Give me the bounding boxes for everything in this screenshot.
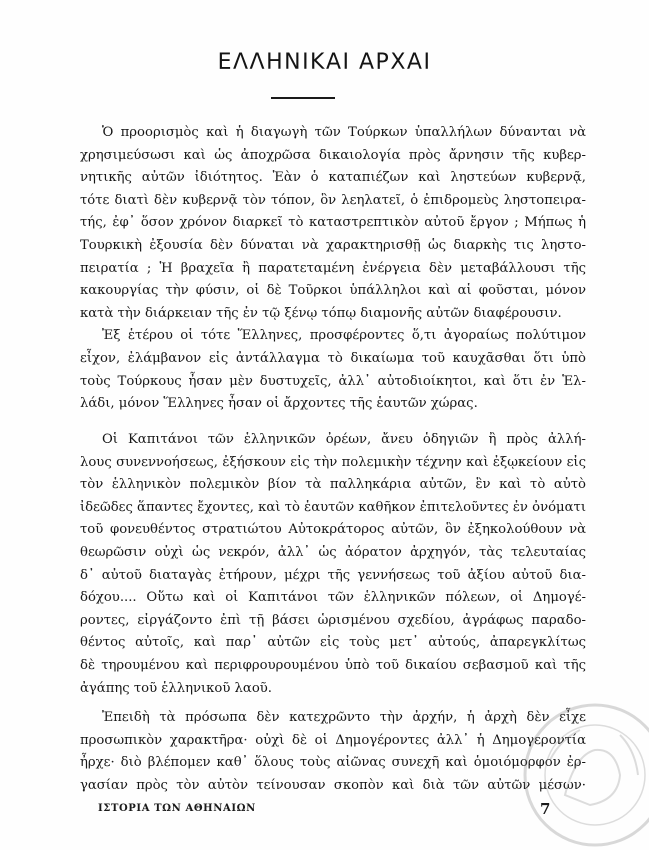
- running-footer-title: ΙΣΤΟΡΙΑ ΤΩΝ ΑΘΗΝΑΙΩΝ: [98, 803, 256, 814]
- text-line: δ᾽ αὐτοῦ διαταγὰς ἐτήρουν, μέχρι τῆς γεν…: [80, 565, 586, 588]
- text-line: λάδι, μόνον Ἕλληνες ἦσαν οἱ ἄρχοντες τῆς…: [80, 393, 586, 416]
- text-line: λους συνεννοήσεως, ἐξήσκουν εἰς τὴν πολε…: [80, 452, 586, 475]
- text-line: δὲ τηρουμένου καὶ περιφρουρουμένου ὑπὸ τ…: [80, 655, 586, 678]
- text-line: Ἐξ ἑτέρου οἱ τότε Ἕλληνες, προσφέροντες …: [80, 325, 586, 348]
- text-line: εἶχον, ἐλάμβανον εἰς ἀντάλλαγμα τὸ δικαί…: [80, 348, 586, 371]
- page-title: ΕΛΛΗΝΙΚΑΙ ΑΡΧΑΙ: [0, 50, 649, 75]
- text-line: Τουρκικὴ ἐξουσία δὲν δύναται νὰ χαρακτηρ…: [80, 235, 586, 258]
- text-line: ἰδεῶδες ἅπαντες ἔχοντες, καὶ τὸ ἑαυτῶν κ…: [80, 497, 586, 520]
- text-line: Ἐπειδὴ τὰ πρόσωπα δὲν κατεχρῶντο τὴν ἀρχ…: [80, 707, 586, 730]
- text-line: τοῦ φονευθέντος στρατιώτου Αὐτοκράτορος …: [80, 519, 586, 542]
- text-line: χρησιμεύσωσι καὶ ὡς ἀποχρῶσα δικαιολογία…: [80, 145, 586, 168]
- text-line: Ὁ προορισμὸς καὶ ἡ διαγωγὴ τῶν Τούρκων ὑ…: [80, 122, 586, 145]
- text-line: τοὺς Τούρκους ἦσαν μὲν δυστυχεῖς, ἀλλ᾽ α…: [80, 371, 586, 394]
- text-line: κατὰ τὴν διάρκειαν τῆς ἐν τῷ ξένῳ τόπῳ δ…: [80, 303, 586, 326]
- text-line: δόχου.... Οὕτω καὶ οἱ Καπιτάνοι τῶν ἑλλη…: [80, 587, 586, 610]
- text-line: προσωπικὸν χαρακτῆρα· οὐχὶ δὲ οἱ Δημογέρ…: [80, 730, 586, 753]
- text-line: ἀγάπης τοῦ ἑλληνικοῦ λαοῦ.: [80, 678, 586, 701]
- text-line: ἦρχε· διὸ βλέπομεν καθ᾽ ὅλους τοὺς αἰῶνα…: [80, 752, 586, 775]
- text-line: Οἱ Καπιτάνοι τῶν ἑλληνικῶν ὀρέων, ἄνευ ὁ…: [80, 429, 586, 452]
- text-line: τὸν ἑλληνικὸν πολεμικὸν βίον τὰ παλληκάρ…: [80, 474, 586, 497]
- paragraph-3: Ἐπειδὴ τὰ πρόσωπα δὲν κατεχρῶντο τὴν ἀρχ…: [80, 707, 586, 797]
- text-line: γασίαν πρὸς τὸν αὐτὸν τείνουσαν σκοπὸν κ…: [80, 775, 586, 798]
- paragraph-2: Οἱ Καπιτάνοι τῶν ἑλληνικῶν ὀρέων, ἄνευ ὁ…: [80, 429, 586, 700]
- text-line: θέντος αὐτοῖς, καὶ παρ᾽ αὐτῶν εἰς τοὺς μ…: [80, 632, 586, 655]
- text-line: νητικῆς αὐτῶν ἰδιότητος. Ἐὰν ὁ καταπιέζω…: [80, 167, 586, 190]
- text-line: θεωρῶσιν οὐχὶ ὡς νεκρόν, ἀλλ᾽ ὡς ἀόρατον…: [80, 542, 586, 565]
- text-line: τής, ἐφ᾽ ὅσον χρόνον διαρκεῖ τὸ καταστρε…: [80, 212, 586, 235]
- text-line: ροντες, εἰργάζοντο ἐπὶ τῇ βάσει ὡρισμένο…: [80, 610, 586, 633]
- text-line: κακουργίας τὴν φύσιν, οἱ δὲ Τοῦρκοι ὑπάλ…: [80, 280, 586, 303]
- text-line: τότε διατὶ δὲν κυβερνᾷ τὸν τόπον, ὃν λεη…: [80, 190, 586, 213]
- paragraph-1: Ὁ προορισμὸς καὶ ἡ διαγωγὴ τῶν Τούρκων ὑ…: [80, 122, 586, 416]
- university-stamp-icon: [520, 700, 649, 850]
- text-line: πειρατία ; Ἡ βραχεῖα ἢ παρατεταμένη ἐνέρ…: [80, 258, 586, 281]
- title-rule-divider: [271, 97, 335, 99]
- document-page: ΕΛΛΗΝΙΚΑΙ ΑΡΧΑΙ Ὁ προορισμὸς καὶ ἡ διαγω…: [0, 0, 649, 850]
